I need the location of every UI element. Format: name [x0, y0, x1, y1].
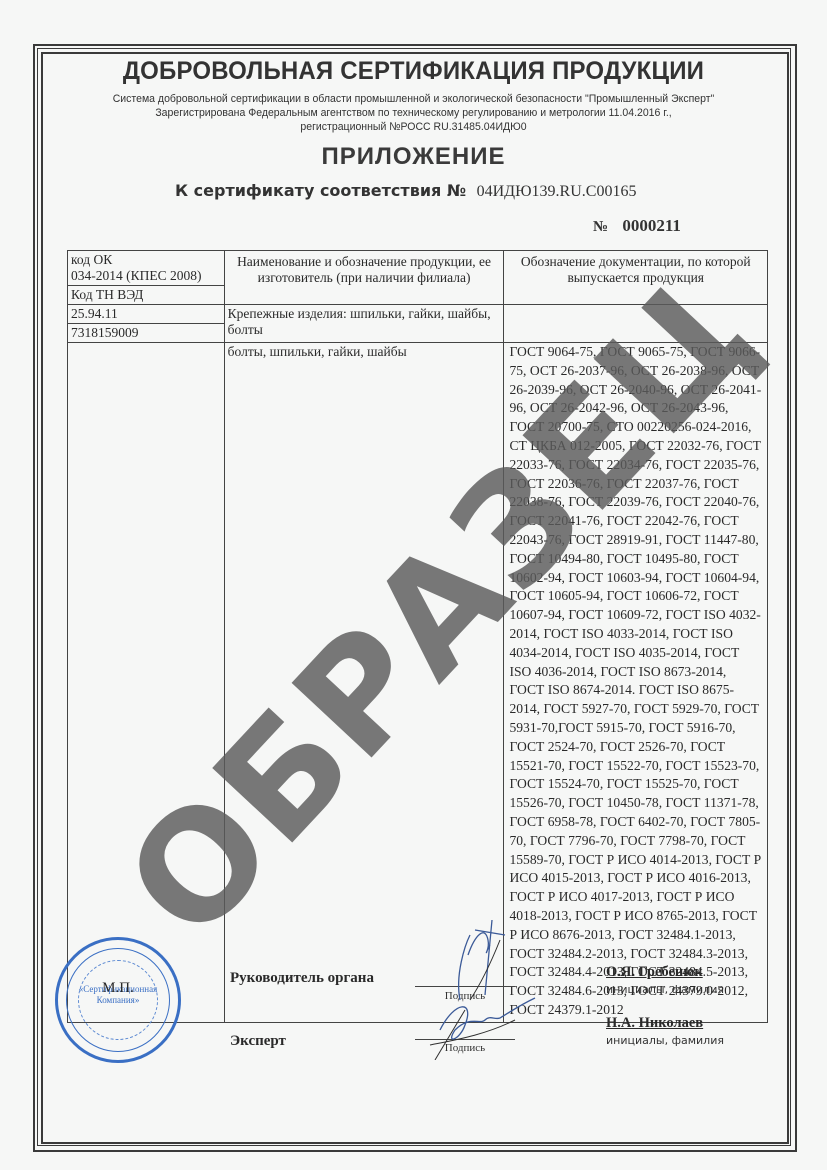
table-row: 25.94.11 Крепежные изделия: шпильки, гай… — [68, 305, 768, 324]
header-code-ok: код ОК 034-2014 (КПЕС 2008) — [68, 251, 225, 286]
header-code-ok-line1: код ОК — [71, 252, 221, 268]
official-stamp: «Сертификационная Компания» М.П. — [55, 937, 181, 1063]
header-product: Наименование и обозначение продукции, ее… — [224, 251, 504, 305]
table-row: болты, шпильки, гайки, шайбы ГОСТ 9064-7… — [68, 343, 768, 1023]
name-caption-head: инициалы, фамилия — [606, 983, 724, 996]
cell-documentation: ГОСТ 9064-75, ГОСТ 9065-75, ГОСТ 9066-75… — [504, 343, 768, 1023]
cell-product: Крепежные изделия: шпильки, гайки, шайбы… — [224, 305, 504, 343]
document-title: ДОБРОВОЛЬНАЯ СЕРТИФИКАЦИЯ ПРОДУКЦИИ — [17, 57, 811, 86]
signature-caption-head: Подпись — [415, 990, 515, 1002]
stamp-seal-mark: М.П. — [58, 980, 178, 997]
signatory-role-expert: Эксперт — [230, 1033, 286, 1050]
header-code-ok-line2: 034-2014 (КПЕС 2008) — [71, 268, 221, 284]
signature-caption-expert: Подпись — [415, 1042, 515, 1054]
certificate-reference: К сертификату соответствия № 04ИДЮ139.RU… — [175, 180, 636, 201]
header-code-tn-ved: Код ТН ВЭД — [68, 286, 225, 305]
registration-info: Зарегистрирована Федеральным агентством … — [29, 107, 798, 119]
table-header-row: код ОК 034-2014 (КПЕС 2008) Наименование… — [68, 251, 768, 286]
signatory-role-head: Руководитель органа — [230, 970, 374, 987]
certificate-number: 04ИДЮ139.RU.C00165 — [477, 183, 637, 200]
cell-product: болты, шпильки, гайки, шайбы — [224, 343, 504, 1023]
appendix-title: ПРИЛОЖЕНИЕ — [0, 143, 827, 171]
cell-code-ok: 25.94.11 — [68, 305, 225, 324]
cell-code-tn-ved: 7318159009 — [68, 324, 225, 343]
signature-line-expert — [415, 1039, 515, 1040]
products-table: код ОК 034-2014 (КПЕС 2008) Наименование… — [67, 250, 768, 1023]
signature-line-head — [415, 986, 515, 987]
name-caption-expert: инициалы, фамилия — [606, 1034, 724, 1047]
cell-documentation — [504, 305, 768, 343]
serial-number-block: № 0000211 — [593, 216, 681, 236]
system-description: Система добровольной сертификации в обла… — [29, 93, 798, 105]
signatory-name-head: О.Я. Гребенюк — [606, 964, 703, 981]
header-documentation: Обозначение документации, по которой вып… — [504, 251, 768, 305]
cell-code-empty — [68, 343, 225, 1023]
certificate-label: К сертификату соответствия № — [175, 181, 466, 200]
serial-label: № — [593, 219, 608, 235]
registration-number: регистрационный №РОСС RU.31485.04ИДЮ0 — [29, 121, 798, 133]
serial-number: 0000211 — [622, 216, 681, 235]
signatory-name-expert: Н.А. Николаев — [606, 1015, 703, 1032]
